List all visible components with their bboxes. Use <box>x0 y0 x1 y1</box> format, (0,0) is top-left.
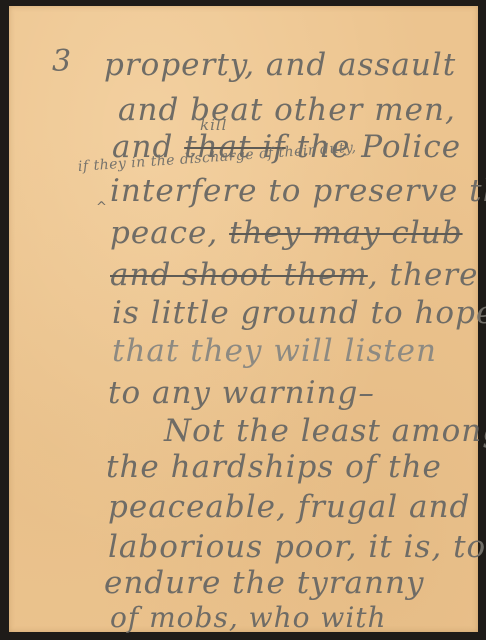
line-6-struck-text: they may club <box>229 215 462 251</box>
line-6-text-a: peace, <box>110 215 229 251</box>
manuscript-line-11-paragraph-start: Not the least among <box>164 416 486 447</box>
insertion-caret: ^ <box>96 200 107 215</box>
manuscript-line-8: is little ground to hope <box>112 298 486 329</box>
manuscript-line-12: the hardships of the <box>106 452 442 483</box>
manuscript-line-13: peaceable, frugal and <box>108 492 470 523</box>
scan-frame: 3 property, and assault and beat other m… <box>0 0 486 640</box>
manuscript-line-10: to any warning– <box>108 378 375 409</box>
page-number: 3 <box>52 44 71 79</box>
manuscript-line-9: that they will listen <box>112 336 437 367</box>
manuscript-line-7: and shoot them, there <box>110 260 478 291</box>
manuscript-line-6: peace, they may club <box>110 218 463 249</box>
manuscript-line-1: property, and assault <box>104 50 456 81</box>
manuscript-line-14: laborious poor, it is, to <box>108 532 486 563</box>
line-7-struck-text: and shoot them <box>110 257 368 293</box>
line-7-text-b: , there <box>368 257 479 293</box>
manuscript-line-2: and beat other men, <box>118 95 456 126</box>
manuscript-line-15: endure the tyranny <box>104 568 424 599</box>
manuscript-line-5: interfere to preserve the <box>110 176 486 207</box>
manuscript-line-16: of mobs, who with <box>110 604 387 632</box>
